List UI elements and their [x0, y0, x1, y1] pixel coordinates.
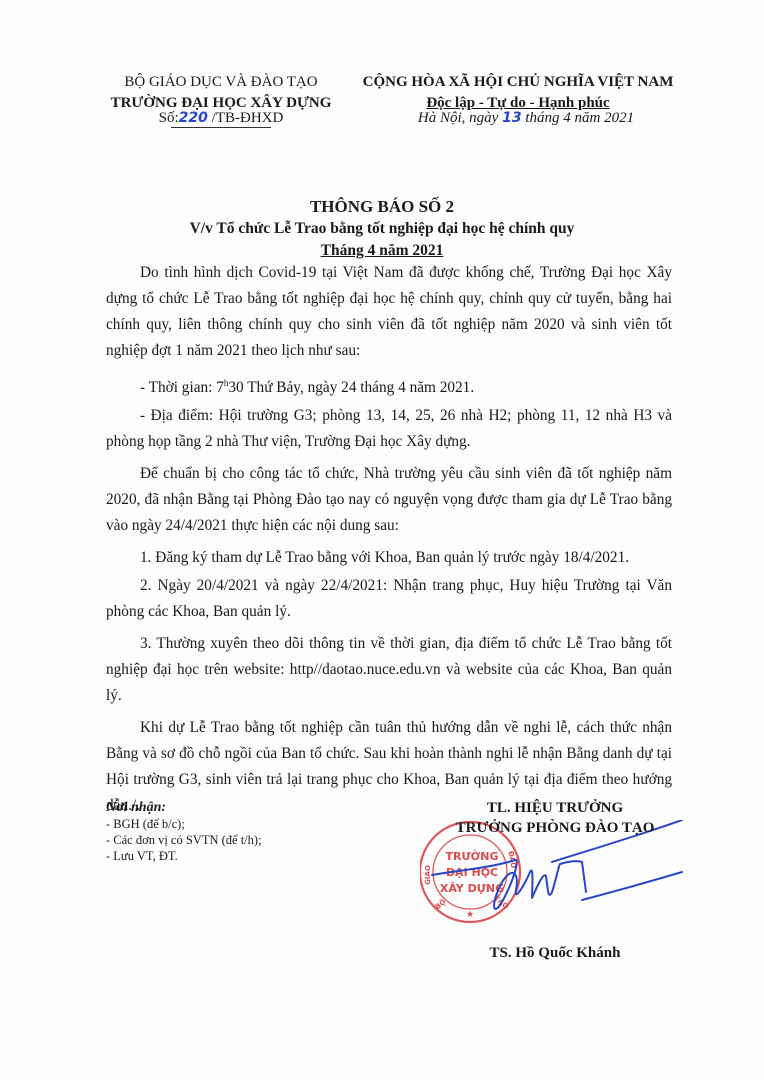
- recipients-block: Nơi nhận: - BGH (để b/c); - Các đơn vị c…: [106, 800, 262, 864]
- list-item: 1. Đăng ký tham dự Lễ Trao bằng với Khoa…: [106, 545, 672, 571]
- recipient-item: - BGH (để b/c);: [106, 816, 262, 832]
- ministry-name: BỘ GIÁO DỤC VÀ ĐÀO TẠO: [90, 72, 352, 93]
- title-main: THÔNG BÁO SỐ 2: [0, 196, 764, 218]
- title-subject: V/v Tổ chức Lễ Trao bằng tốt nghiệp đại …: [0, 218, 764, 240]
- svg-text:★: ★: [466, 910, 474, 920]
- svg-text:XÂY DỰNG: XÂY DỰNG: [440, 882, 504, 895]
- time-paragraph: - Thời gian: 7h30 Thứ Bảy, ngày 24 tháng…: [106, 370, 672, 401]
- recipient-item: - Lưu VT, ĐT.: [106, 848, 262, 864]
- preparation-paragraph: Để chuẩn bị cho công tác tổ chức, Nhà tr…: [106, 461, 672, 539]
- handwritten-day: 13: [502, 110, 521, 126]
- recipients-label: Nơi nhận:: [106, 800, 262, 816]
- signature-position: TRƯỞNG PHÒNG ĐÀO TẠO: [420, 818, 690, 838]
- signature-block: TL. HIỆU TRƯỞNG TRƯỞNG PHÒNG ĐÀO TẠO: [420, 798, 690, 838]
- signature-on-behalf: TL. HIỆU TRƯỞNG: [420, 798, 690, 818]
- document-body: Do tình hình dịch Covid-19 tại Việt Nam …: [106, 260, 672, 825]
- intro-paragraph: Do tình hình dịch Covid-19 tại Việt Nam …: [106, 260, 672, 364]
- recipient-item: - Các đơn vị có SVTN (để t/h);: [106, 832, 262, 848]
- signer-name: TS. Hồ Quốc Khánh: [420, 945, 690, 962]
- title-period: Tháng 4 năm 2021: [0, 240, 764, 262]
- document-title: THÔNG BÁO SỐ 2 V/v Tổ chức Lễ Trao bằng …: [0, 196, 764, 262]
- country-name: CỘNG HÒA XÃ HỘI CHỦ NGHĨA VIỆT NAM: [350, 72, 686, 93]
- list-item: 2. Ngày 20/4/2021 và ngày 22/4/2021: Nhậ…: [106, 573, 672, 625]
- official-stamp-icon: TRƯỜNG ĐẠI HỌC XÂY DỰNG ★ GIÁO ĐÀO BỘ TẠ…: [420, 820, 690, 950]
- document-date: Hà Nội, ngày 13 tháng 4 năm 2021: [358, 110, 694, 127]
- handwritten-number: 220: [179, 110, 208, 126]
- document-number: Số:220 /TB-ĐHXD: [90, 110, 352, 127]
- header-underline: [171, 127, 271, 128]
- document-page: BỘ GIÁO DỤC VÀ ĐÀO TẠO TRƯỜNG ĐẠI HỌC XÂ…: [0, 0, 764, 1080]
- svg-text:GIÁO: GIÁO: [423, 865, 432, 885]
- location-paragraph: - Địa điểm: Hội trường G3; phòng 13, 14,…: [106, 403, 672, 455]
- national-header: CỘNG HÒA XÃ HỘI CHỦ NGHĨA VIỆT NAM Độc l…: [350, 72, 686, 114]
- svg-text:TRƯỜNG: TRƯỜNG: [445, 850, 498, 863]
- list-item: 3. Thường xuyên theo dõi thông tin về th…: [106, 631, 672, 709]
